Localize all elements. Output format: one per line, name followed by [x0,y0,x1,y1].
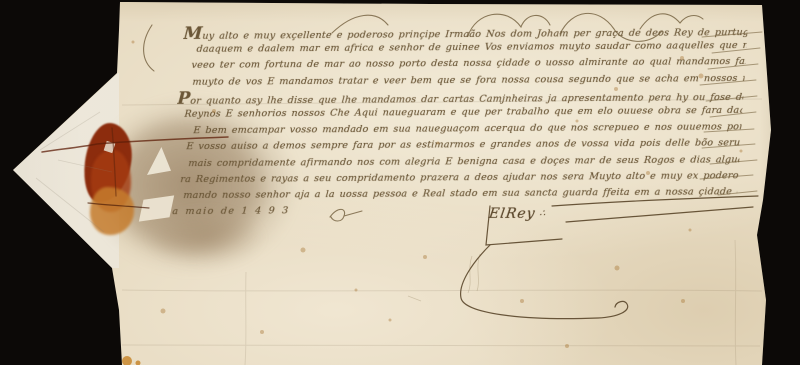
signature-dots: ∴ [539,209,547,219]
parchment-letter: Muy alto e muy exçellente e poderoso pri… [0,0,800,365]
manuscript-text: Muy alto e muy exçellente e poderoso pri… [169,22,748,226]
manuscript-line: a maio de 1 4 9 3 [172,203,358,220]
bottom-edge-stain [122,356,141,365]
signature-text: ElRey [488,206,537,222]
manuscript-line: mando nosso senhor aja a la uossa pessoa… [183,184,738,204]
royal-signature: ElRey∴ [488,206,585,222]
photo-scene: Muy alto e muy exçellente e poderoso pri… [0,0,800,365]
